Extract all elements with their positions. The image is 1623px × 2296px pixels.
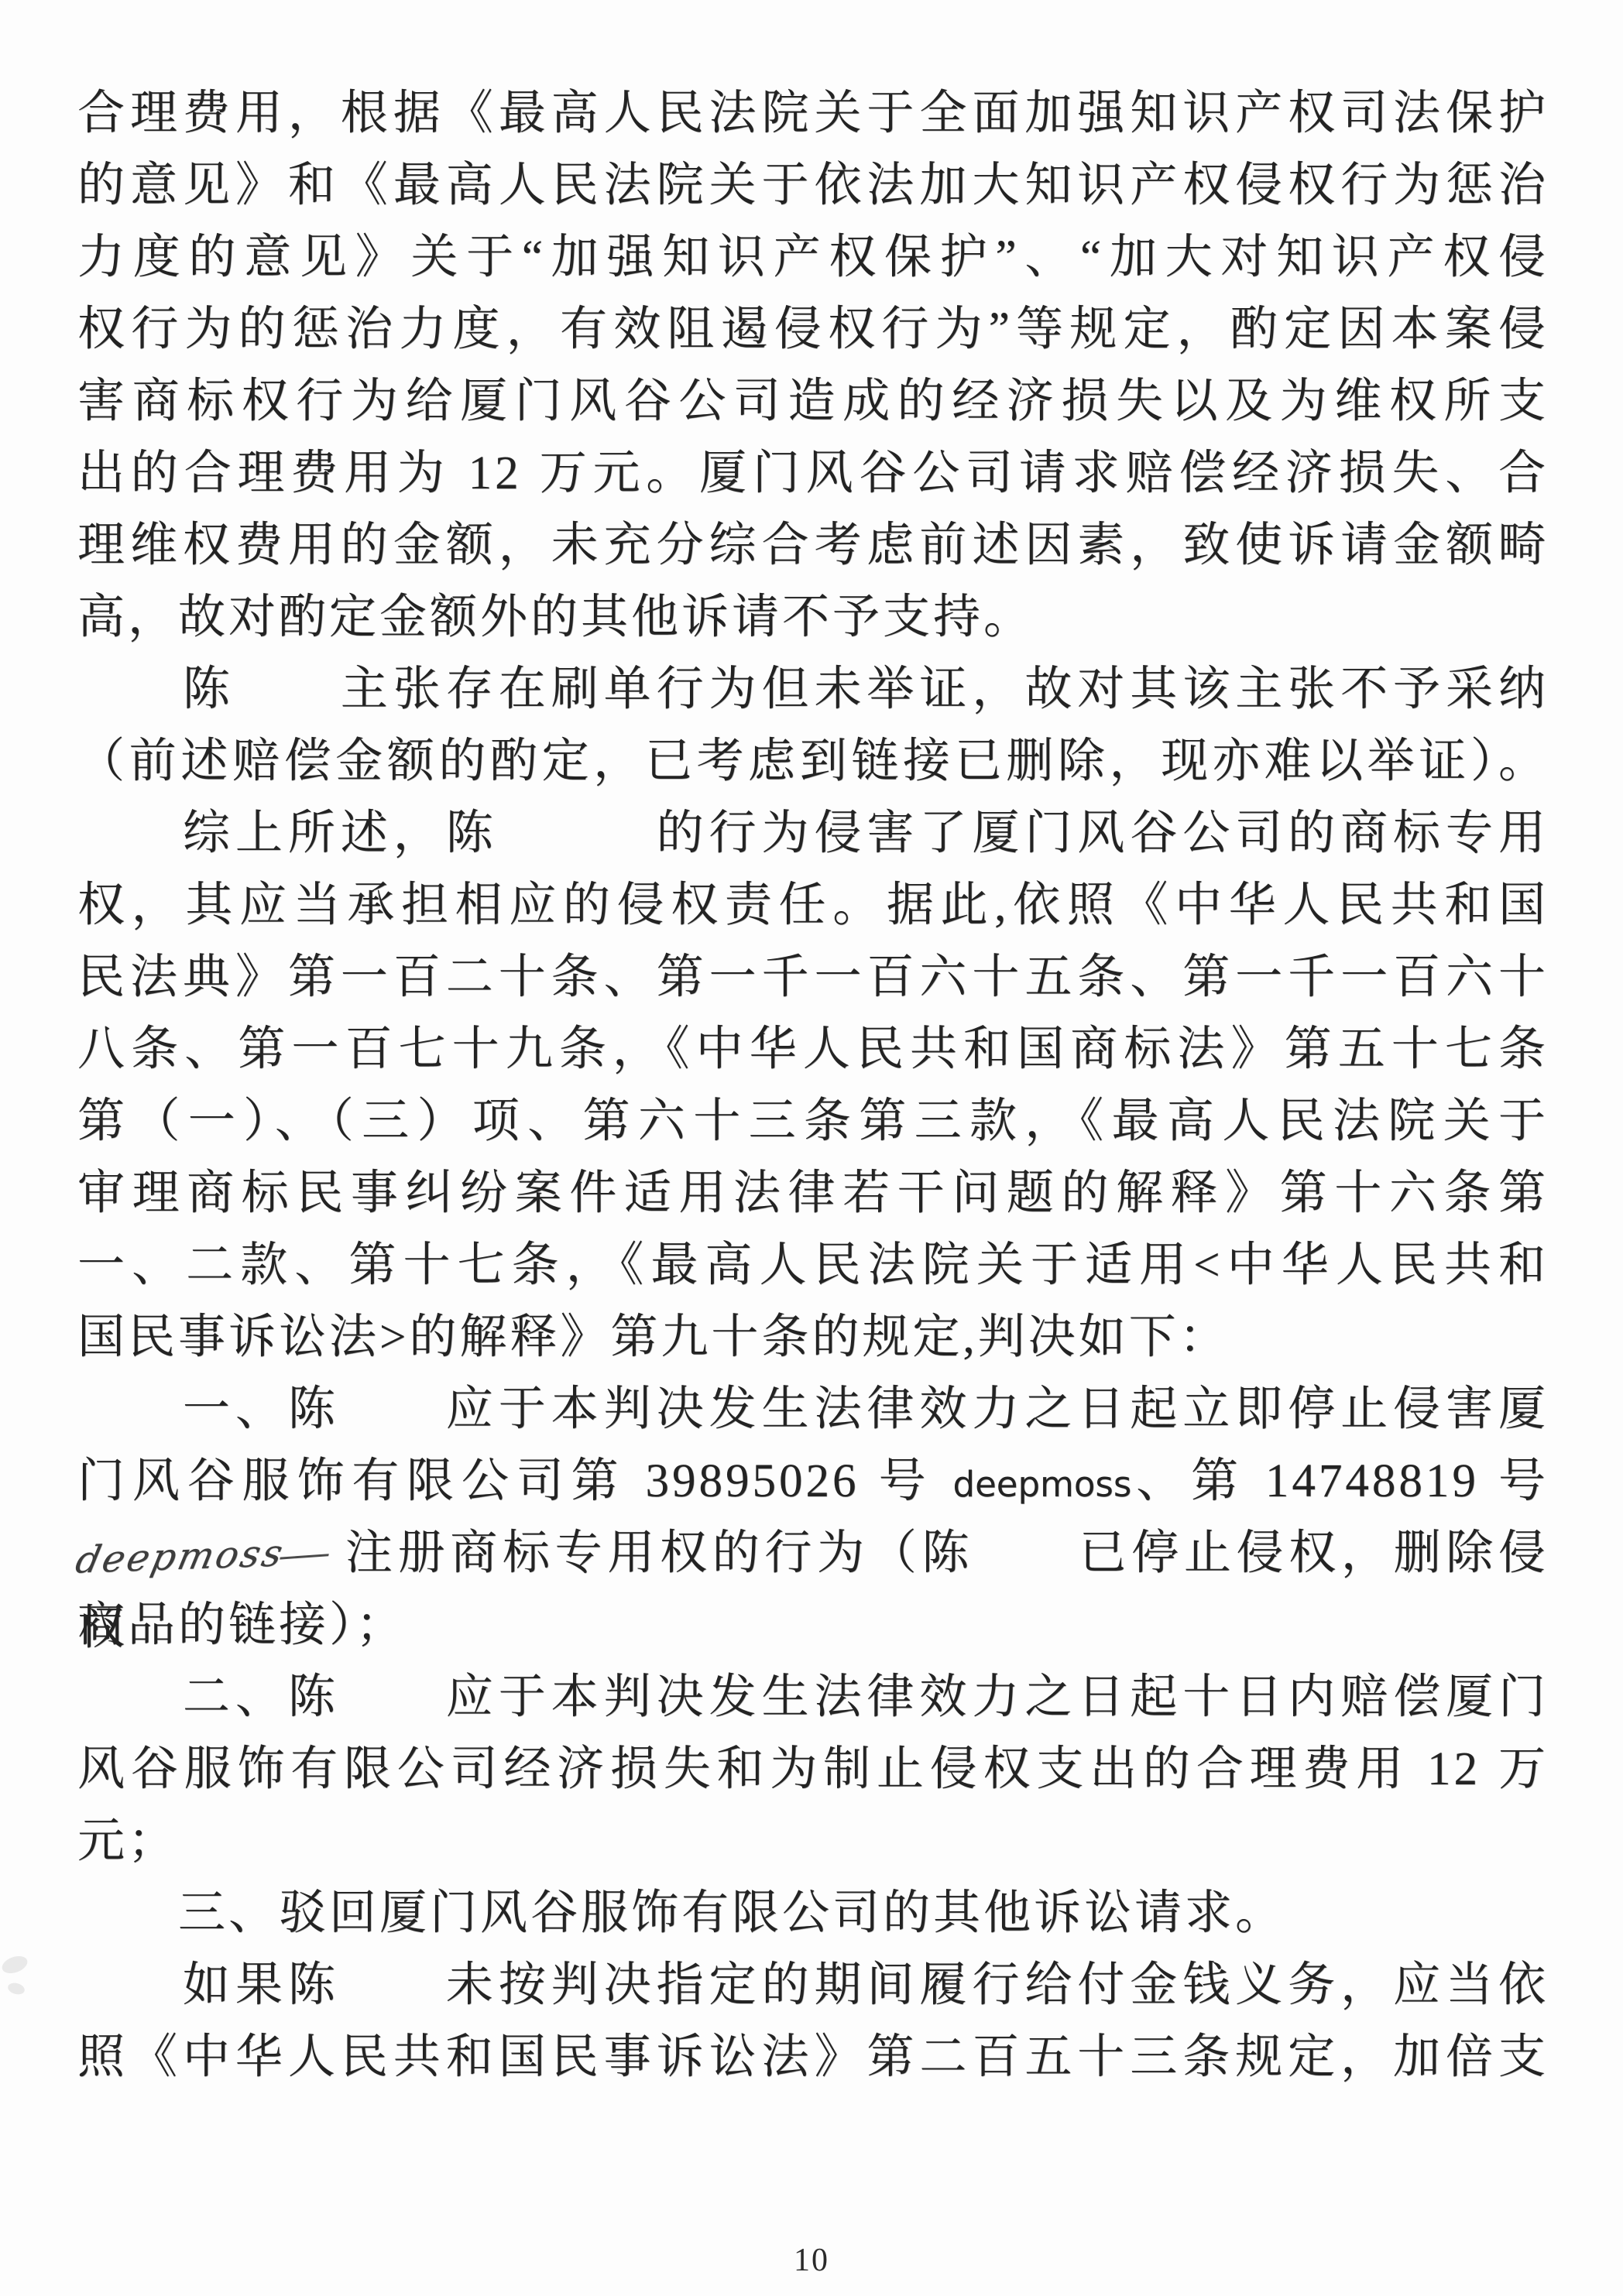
- text-line: 门风谷服饰有限公司第 39895026 号 deepmoss、第 1474881…: [77, 1445, 1549, 1517]
- scan-smudge: [0, 1953, 29, 1976]
- text-run: 审理商标民事纠纷案件适用法律若干问题的解释》第十六条第: [77, 1167, 1549, 1219]
- text-line: 如果陈 未按判决指定的期间履行给付金钱义务，应当依: [77, 1949, 1549, 2021]
- scan-smudge: [7, 1981, 26, 1996]
- text-run: 、第 14748819 号: [1131, 1455, 1549, 1507]
- text-run: 权，其应当承担相应的侵权责任。据此,依照《中华人民共和国: [77, 879, 1549, 931]
- text-line: 综上所述，陈 的行为侵害了厦门风谷公司的商标专用: [77, 797, 1549, 869]
- text-line: 民法典》第一百二十条、第一千一百六十五条、第一千一百六十: [77, 941, 1549, 1013]
- text-line: 第（一）、（三）项、第六十三条第三款，《最高人民法院关于: [77, 1085, 1549, 1157]
- text-line: 权，其应当承担相应的侵权责任。据此,依照《中华人民共和国: [77, 869, 1549, 941]
- text-run: 害商标权行为给厦门风谷公司造成的经济损失以及为维权所支: [77, 375, 1549, 427]
- text-line: 国民事诉讼法>的解释》第九十条的规定,判决如下：: [77, 1301, 1549, 1373]
- text-line: 理维权费用的金额，未充分综合考虑前述因素，致使诉请金额畸: [77, 509, 1549, 581]
- text-line: 陈 主张存在刷单行为但未举证，故对其该主张不予采纳: [77, 653, 1549, 725]
- text-line: 二、陈 应于本判决发生法律效力之日起十日内赔偿厦门: [77, 1661, 1549, 1733]
- text-line: 元；: [77, 1805, 1549, 1877]
- text-run: 元；: [77, 1815, 178, 1867]
- text-run: 第（一）、（三）项、第六十三条第三款，《最高人民法院关于: [77, 1095, 1549, 1147]
- text-line: 一、陈 应于本判决发生法律效力之日起立即停止侵害厦: [77, 1373, 1549, 1445]
- deepmoss-cursive-logo: deepmoss: [69, 1516, 338, 1596]
- text-line: 力度的意见》关于“加强知识产权保护”、“加大对知识产权侵: [77, 221, 1549, 293]
- text-line: 一、二款、第十七条，《最高人民法院关于适用<中华人民共和: [77, 1229, 1549, 1301]
- text-run: 出的合理费用为 12 万元。厦门风谷公司请求赔偿经济损失、合: [77, 447, 1549, 499]
- text-line: deepmoss 注册商标专用权的行为（陈 已停止侵权，删除侵权: [77, 1517, 1549, 1589]
- text-run: （前述赔偿金额的酌定，已考虑到链接已删除，现亦难以举证）。: [77, 735, 1549, 787]
- text-line: 出的合理费用为 12 万元。厦门风谷公司请求赔偿经济损失、合: [77, 437, 1549, 509]
- text-run: 理维权费用的金额，未充分综合考虑前述因素，致使诉请金额畸: [77, 519, 1549, 571]
- text-line: 的意见》和《最高人民法院关于依法加大知识产权侵权行为惩治: [77, 149, 1549, 221]
- text-line: 害商标权行为给厦门风谷公司造成的经济损失以及为维权所支: [77, 365, 1549, 437]
- text-run: 合理费用，根据《最高人民法院关于全面加强知识产权司法保护: [77, 87, 1549, 139]
- text-line: 风谷服饰有限公司经济损失和为制止侵权支出的合理费用 12 万: [77, 1733, 1549, 1805]
- text-run: 综上所述，陈 的行为侵害了厦门风谷公司的商标专用: [77, 807, 1549, 859]
- text-line: 审理商标民事纠纷案件适用法律若干问题的解释》第十六条第: [77, 1157, 1549, 1229]
- text-run: 门风谷服饰有限公司第 39895026 号: [77, 1455, 953, 1507]
- text-run: 照《中华人民共和国民事诉讼法》第二百五十三条规定，加倍支: [77, 2031, 1549, 2083]
- text-run: 一、二款、第十七条，《最高人民法院关于适用<中华人民共和: [77, 1239, 1549, 1291]
- text-run: 国民事诉讼法>的解释》第九十条的规定,判决如下：: [77, 1311, 1230, 1363]
- text-run: 如果陈 未按判决指定的期间履行给付金钱义务，应当依: [77, 1959, 1549, 2011]
- text-line: 高，故对酌定金额外的其他诉请不予支持。: [77, 581, 1549, 653]
- text-run: 陈 主张存在刷单行为但未举证，故对其该主张不予采纳: [77, 663, 1549, 715]
- judgment-text: 合理费用，根据《最高人民法院关于全面加强知识产权司法保护的意见》和《最高人民法院…: [77, 77, 1549, 2093]
- text-run: 商品的链接）；: [77, 1599, 407, 1651]
- scanned-judgment-page: 合理费用，根据《最高人民法院关于全面加强知识产权司法保护的意见》和《最高人民法院…: [0, 0, 1623, 2296]
- deepmoss-wordmark: deepmoss: [953, 1464, 1132, 1505]
- page-number: 10: [0, 2242, 1623, 2279]
- text-run: 八条、第一百七十九条，《中华人民共和国商标法》第五十七条: [77, 1023, 1549, 1075]
- text-run: 民法典》第一百二十条、第一千一百六十五条、第一千一百六十: [77, 951, 1549, 1003]
- text-run: 高，故对酌定金额外的其他诉请不予支持。: [77, 591, 1034, 643]
- text-run: 风谷服饰有限公司经济损失和为制止侵权支出的合理费用 12 万: [77, 1743, 1549, 1795]
- text-line: 商品的链接）；: [77, 1589, 1549, 1661]
- text-run: 一、陈 应于本判决发生法律效力之日起立即停止侵害厦: [77, 1383, 1549, 1435]
- text-line: 权行为的惩治力度，有效阻遏侵权行为”等规定，酌定因本案侵: [77, 293, 1549, 365]
- text-line: 三、驳回厦门风谷服饰有限公司的其他诉讼请求。: [77, 1877, 1549, 1949]
- text-line: 合理费用，根据《最高人民法院关于全面加强知识产权司法保护: [77, 77, 1549, 149]
- text-run: 权行为的惩治力度，有效阻遏侵权行为”等规定，酌定因本案侵: [77, 303, 1549, 355]
- text-line: 照《中华人民共和国民事诉讼法》第二百五十三条规定，加倍支: [77, 2021, 1549, 2093]
- text-run: 二、陈 应于本判决发生法律效力之日起十日内赔偿厦门: [77, 1671, 1549, 1723]
- text-line: 八条、第一百七十九条，《中华人民共和国商标法》第五十七条: [77, 1013, 1549, 1085]
- text-line: （前述赔偿金额的酌定，已考虑到链接已删除，现亦难以举证）。: [77, 725, 1549, 797]
- text-run: 三、驳回厦门风谷服饰有限公司的其他诉讼请求。: [77, 1887, 1285, 1939]
- text-run: 力度的意见》关于“加强知识产权保护”、“加大对知识产权侵: [77, 231, 1549, 283]
- text-run: 的意见》和《最高人民法院关于依法加大知识产权侵权行为惩治: [77, 159, 1549, 211]
